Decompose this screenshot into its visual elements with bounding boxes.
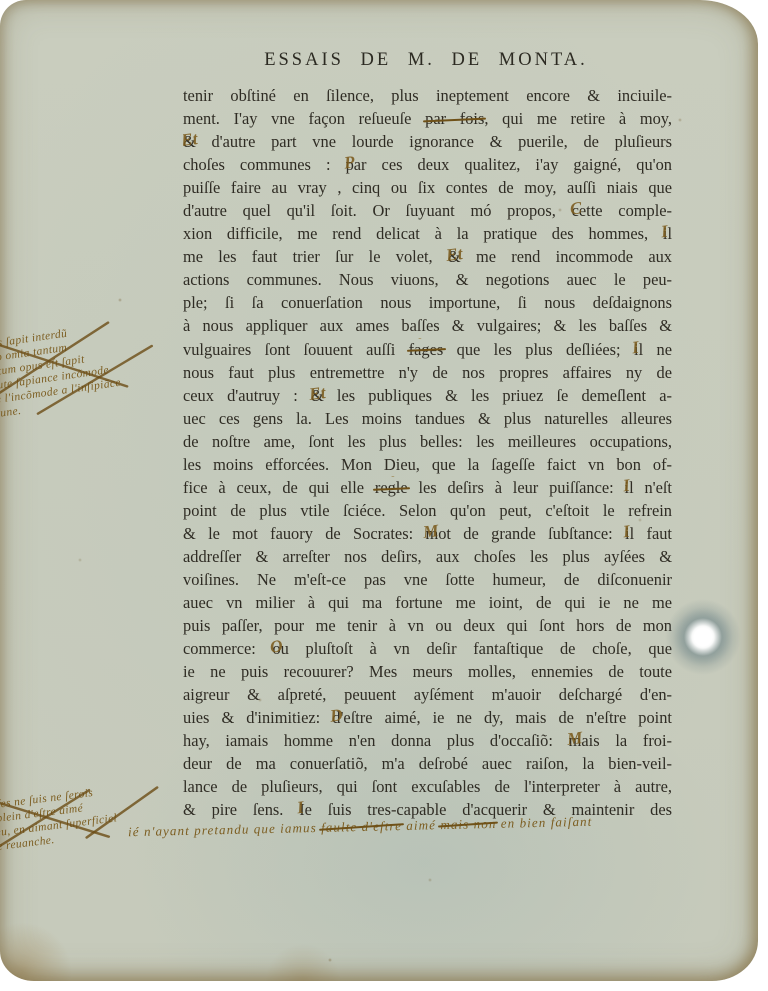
overwritten-letter: O: [269, 637, 284, 659]
print-text: & le mot fauory de Socrates:: [183, 524, 425, 543]
print-text: &Et: [311, 386, 324, 405]
overwritten-letter: M: [565, 729, 583, 751]
print-text: de grande ſubſtance:: [451, 524, 625, 543]
print-text: ilI: [625, 478, 634, 497]
print-text: les deſirs à leur puiſſance:: [408, 478, 625, 497]
struck-word: par fois: [425, 109, 484, 128]
print-text: puis paſſer, pour me tenir à vn ou deux …: [183, 616, 672, 635]
print-text: cetteC: [572, 201, 603, 220]
struck-word: mais non: [440, 816, 496, 832]
print-text: ple; ſi ſa conuerſation nous importune, …: [183, 293, 672, 312]
paper-hole: [664, 598, 742, 676]
print-text: la froi-: [600, 731, 672, 750]
text-line: uec ces gens la. Les moins tandues & plu…: [183, 407, 672, 430]
print-text: fice à ceux, de qui elle: [183, 478, 375, 497]
text-line: tenir obſtiné en ſilence, plus ineptemen…: [183, 84, 672, 107]
text-line: voiſines. Ne m'eſt-ce pas vne ſotte hume…: [183, 568, 672, 591]
print-text: eſtre aimé, ie ne dy, mais de n'eſtre po…: [343, 708, 672, 727]
print-text: pluſtoſt à vn deſir fantaſtique de choſe…: [289, 639, 672, 658]
print-text: en bien faiſant: [496, 814, 592, 831]
text-line: les moins efforcées. Mon Dieu, que la ſa…: [183, 453, 672, 476]
text-line: choſes communes : parP ces deux qualitez…: [183, 153, 672, 176]
interlinear-correction: reglees: [409, 338, 443, 339]
print-text: commerce:: [183, 639, 272, 658]
print-text: ces deux qualitez, i'ay gaigné, qu'on: [367, 155, 673, 174]
text-line: addreſſer & arreſter nos deſirs, aux cho…: [183, 545, 672, 568]
text-line: lance de pluſieurs, qui ſont excuſables …: [183, 775, 672, 798]
print-text: &Et: [448, 247, 461, 266]
text-line: commerce: ouO pluſtoſt à vn deſir fantaſ…: [183, 637, 672, 660]
print-text: faut: [634, 524, 672, 543]
print-text: me les faut trier ſur le volet,: [183, 247, 448, 266]
print-text: ouO: [272, 639, 288, 658]
struck-word: faulte d'eſtre: [321, 818, 402, 835]
margin-note-top: plus ſapit interdũquo omia tantumantum o…: [0, 314, 167, 422]
text-line: d'autre quel qu'il ſoit. Or ſuyuant mó p…: [183, 199, 672, 222]
print-text: vulguaires ſont ſouuent auſſi: [183, 340, 409, 359]
print-text: , qui me retire à moy,: [484, 109, 672, 128]
book-page: ESSAIS DE M. DE MONTA. tenir obſtiné en …: [0, 0, 758, 981]
interlinear-correction: range: [375, 476, 403, 477]
text-line: ie ne puis recouurer? Mes meurs molles, …: [183, 660, 672, 683]
print-text: me rend incommode aux: [461, 247, 672, 266]
print-text: maisM: [569, 731, 600, 750]
text-line: aigreur & aſpreté, peuuent ayſément m'au…: [183, 683, 672, 706]
text-line: &Et d'autre part vne lourde ignorance & …: [183, 130, 672, 153]
print-text: hay, iamais homme n'en donna plus d'occa…: [183, 731, 569, 750]
text-line: ment. I'ay vne façon reſueuſe par fois, …: [183, 107, 672, 130]
print-text: les moins efforcées. Mon Dieu, que la ſa…: [183, 455, 672, 474]
print-text: de noſtre ame, ſont les plus belles: les…: [183, 432, 672, 451]
print-text: ié n'ayant pretandu que iamus: [128, 820, 321, 839]
print-text: auec vn milier à qui ma fortune me ioint…: [183, 593, 672, 612]
margin-note-bottom: orſes ne ſuis ne ſeroise plein d'eſtre a…: [0, 777, 171, 855]
print-text: deur de ma conuerſatiõ, m'a deſrobé auec…: [183, 754, 672, 773]
text-line: point de plus vtile ſciéce. Selon qu'on …: [183, 499, 672, 522]
text-line: de noſtre ame, ſont les plus belles: les…: [183, 430, 672, 453]
text-line: uies & d'inimitiez: d'Deſtre aimé, ie ne…: [183, 706, 672, 729]
cross-out-mark: [0, 314, 167, 422]
text-line: deur de ma conuerſatiõ, m'a deſrobé auec…: [183, 752, 672, 775]
print-text: que les plus deſliées;: [443, 340, 634, 359]
print-text: aimé: [402, 817, 441, 833]
cross-out-mark: [0, 777, 171, 855]
print-text: choſes communes :: [183, 155, 346, 174]
print-text: point de plus vtile ſciéce. Selon qu'on …: [183, 501, 672, 520]
struck-word: reglerange: [375, 478, 408, 497]
print-text: comple-: [603, 201, 672, 220]
text-line: à nous appliquer aux ames baſſes & vulga…: [183, 314, 672, 337]
print-text: les publiques & les priuez ſe demeſlent …: [324, 386, 672, 405]
text-line: ceux d'autruy : &Et les publiques & les …: [183, 384, 672, 407]
print-text: nous faut plus entremettre n'y de nos pr…: [183, 363, 672, 382]
print-text: parP: [346, 155, 367, 174]
print-text: ilI: [634, 340, 643, 359]
print-text: IeI: [299, 800, 312, 819]
print-text: n'eſt: [634, 478, 672, 497]
print-text: voiſines. Ne m'eſt-ce pas vne ſotte hume…: [183, 570, 672, 589]
print-text: d'autre part vne lourde ignorance & puer…: [196, 132, 672, 151]
print-text: ceux d'autruy :: [183, 386, 311, 405]
print-text: d'D: [332, 708, 343, 727]
print-text: xion difficile, me rend delicat à la pra…: [183, 224, 663, 243]
print-text: ie ne puis recouurer? Mes meurs molles, …: [183, 662, 672, 681]
print-text: addreſſer & arreſter nos deſirs, aux cho…: [183, 547, 672, 566]
print-text: ilI: [663, 224, 672, 243]
running-header: ESSAIS DE M. DE MONTA.: [180, 50, 672, 71]
text-line: me les faut trier ſur le volet, &Et me r…: [183, 245, 672, 268]
print-text: d'autre quel qu'il ſoit. Or ſuyuant mó p…: [183, 201, 572, 220]
text-line: ple; ſi ſa conuerſation nous importune, …: [183, 291, 672, 314]
print-text: ilI: [625, 524, 634, 543]
print-text: aigreur & aſpreté, peuuent ayſément m'au…: [183, 685, 672, 704]
print-text: uec ces gens la. Les moins tandues & plu…: [183, 409, 672, 428]
text-line: puis paſſer, pour me tenir à vn ou deux …: [183, 614, 672, 637]
overwritten-letter: D: [329, 706, 344, 728]
overwritten-letter: M: [422, 522, 440, 544]
print-text: tenir obſtiné en ſilence, plus ineptemen…: [183, 86, 672, 105]
print-text: uies & d'inimitiez:: [183, 708, 332, 727]
body-text: tenir obſtiné en ſilence, plus ineptemen…: [183, 84, 672, 822]
text-line: nous faut plus entremettre n'y de nos pr…: [183, 361, 672, 384]
text-line: actions communes. Nous viuons, & negotio…: [183, 268, 672, 291]
print-text: ne: [643, 340, 672, 359]
print-text: puiſſe faire au vray , cinq ou ſix conte…: [183, 178, 672, 197]
print-text: & pire ſens.: [183, 800, 299, 819]
print-text: lance de pluſieurs, qui ſont excuſables …: [183, 777, 672, 796]
print-text: actions communes. Nous viuons, & negotio…: [183, 270, 672, 289]
text-line: & le mot fauory de Socrates: motM de gra…: [183, 522, 672, 545]
print-text: &Et: [183, 132, 196, 151]
print-text: motM: [425, 524, 451, 543]
text-line: vulguaires ſont ſouuent auſſi fagesregle…: [183, 338, 672, 361]
text-line: puiſſe faire au vray , cinq ou ſix conte…: [183, 176, 672, 199]
text-line: hay, iamais homme n'en donna plus d'occa…: [183, 729, 672, 752]
struck-word: fagesreglees: [409, 340, 444, 359]
text-line: xion difficile, me rend delicat à la pra…: [183, 222, 672, 245]
text-line: auec vn milier à qui ma fortune me ioint…: [183, 591, 672, 614]
text-line: fice à ceux, de qui elle reglerange les …: [183, 476, 672, 499]
print-text: ment. I'ay vne façon reſueuſe: [183, 109, 425, 128]
print-text: à nous appliquer aux ames baſſes & vulga…: [183, 316, 672, 335]
